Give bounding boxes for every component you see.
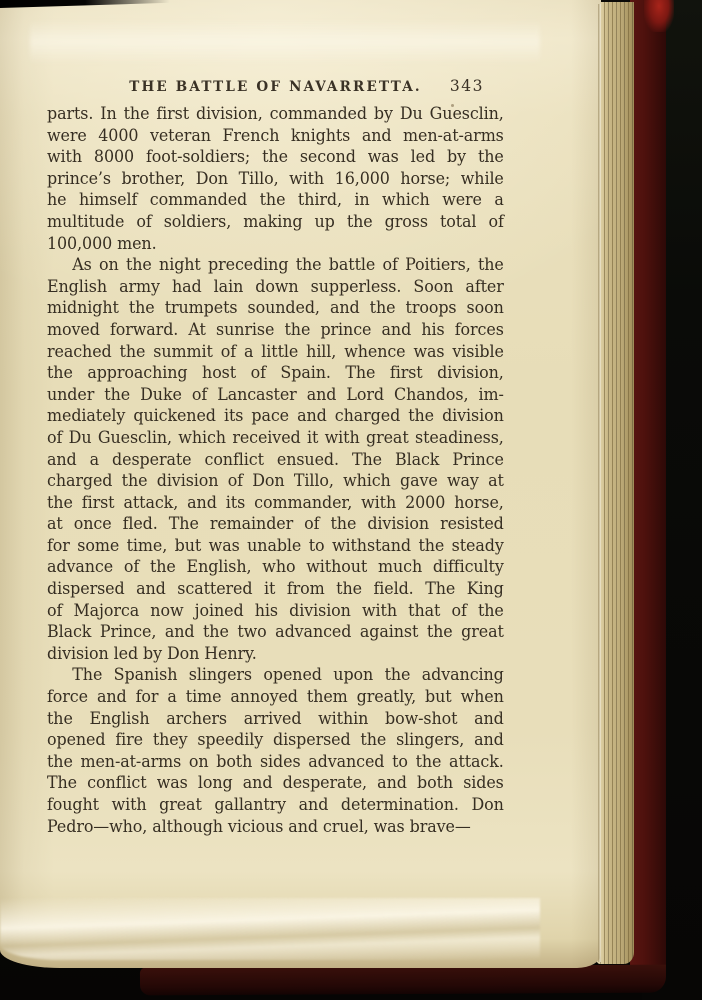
book-cover-bottom-edge xyxy=(140,965,666,996)
text-line: mediately quickened its pace and charged… xyxy=(47,406,504,428)
scanned-book-photo: THE BATTLE OF NAVARRETTA. 343 parts. In … xyxy=(0,0,702,1000)
cover-corner-highlight xyxy=(644,0,674,32)
page-fore-edge-stack xyxy=(596,2,634,964)
text-line: with 8000 foot-soldiers; the second was … xyxy=(47,147,504,169)
text-line: under the Duke of Lancaster and Lord Cha… xyxy=(47,385,504,407)
text-line: parts. In the first division, commanded … xyxy=(47,104,504,126)
text-line: the first attack, and its commander, wit… xyxy=(47,493,504,515)
text-line: English army had lain down supperless. S… xyxy=(47,277,504,299)
text-line: Black Prince, and the two advanced again… xyxy=(47,622,504,644)
text-line: of Du Guesclin, which received it with g… xyxy=(47,428,504,450)
text-line: and a desperate conflict ensued. The Bla… xyxy=(47,450,504,472)
text-line: As on the night preceding the battle of … xyxy=(47,255,504,277)
page-text-block: parts. In the first division, commanded … xyxy=(47,104,504,838)
text-line: dispersed and scattered it from the fiel… xyxy=(47,579,504,601)
text-line: were 4000 veteran French knights and men… xyxy=(47,126,504,148)
text-line: he himself commanded the third, in which… xyxy=(47,190,504,212)
text-line: charged the division of Don Tillo, which… xyxy=(47,471,504,493)
text-line: reached the summit of a little hill, whe… xyxy=(47,342,504,364)
text-line: fought with great gallantry and determin… xyxy=(47,795,504,817)
text-line: midnight the trumpets sounded, and the t… xyxy=(47,298,504,320)
page-edge-seam xyxy=(598,4,601,962)
text-line: at once fled. The remainder of the divis… xyxy=(47,514,504,536)
page-sheen xyxy=(30,20,540,64)
text-line: of Majorca now joined his division with … xyxy=(47,601,504,623)
text-line: prince’s brother, Don Tillo, with 16,000… xyxy=(47,169,504,191)
text-line: advance of the English, who without much… xyxy=(47,557,504,579)
text-line: opened fire they speedily dispersed the … xyxy=(47,730,504,752)
text-line: for some time, but was unable to withsta… xyxy=(47,536,504,558)
book-page: THE BATTLE OF NAVARRETTA. 343 parts. In … xyxy=(0,0,601,968)
running-header: THE BATTLE OF NAVARRETTA. 343 xyxy=(47,77,504,99)
page-number: 343 xyxy=(450,77,484,95)
running-header-title: THE BATTLE OF NAVARRETTA. xyxy=(47,79,504,95)
text-line: the men-at-arms on both sides advanced t… xyxy=(47,752,504,774)
text-line: The conflict was long and desperate, and… xyxy=(47,773,504,795)
text-line: force and for a time annoyed them greatl… xyxy=(47,687,504,709)
text-line: Pedro—who, although vicious and cruel, w… xyxy=(47,817,504,839)
text-line: the English archers arrived within bow-s… xyxy=(47,709,504,731)
text-line: moved forward. At sunrise the prince and… xyxy=(47,320,504,342)
text-line: 100,000 men. xyxy=(47,234,504,256)
book-cover-red-edge xyxy=(630,0,666,990)
text-line: the approaching host of Spain. The first… xyxy=(47,363,504,385)
text-line: division led by Don Henry. xyxy=(47,644,504,666)
page-curl-highlight xyxy=(0,898,540,960)
text-line: The Spanish slingers opened upon the adv… xyxy=(47,665,504,687)
text-line: multitude of soldiers, making up the gro… xyxy=(47,212,504,234)
